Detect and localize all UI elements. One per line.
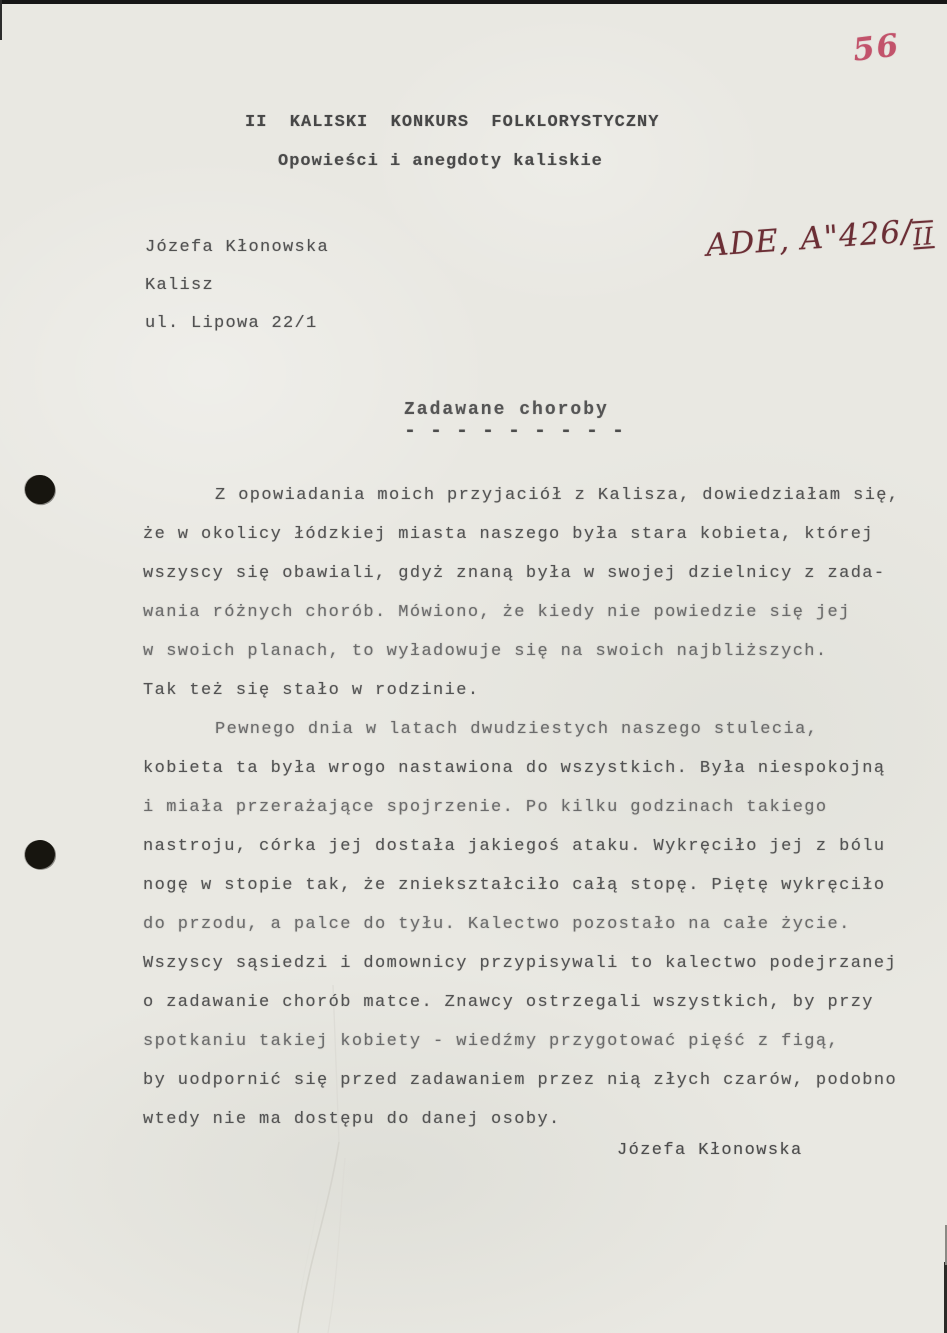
- story-body: Z opowiadania moich przyjaciół z Kalisza…: [143, 476, 933, 1139]
- author-address: ul. Lipowa 22/1: [145, 314, 318, 333]
- document-title: II KALISKI KONKURS FOLKLORYSTYCZNY: [245, 113, 659, 132]
- body-line: w swoich planach, to wyładowuje się na s…: [143, 632, 933, 671]
- body-line: Z opowiadania moich przyjaciół z Kalisza…: [143, 476, 933, 515]
- body-line: do przodu, a palce do tyłu. Kalectwo poz…: [143, 905, 933, 944]
- punch-hole-top: [23, 473, 57, 506]
- scan-edge-top: [0, 0, 947, 4]
- body-line: i miała przerażające spojrzenie. Po kilk…: [143, 788, 933, 827]
- body-line: kobieta ta była wrogo nastawiona do wszy…: [143, 749, 933, 788]
- body-line: wtedy nie ma dostępu do danej osoby.: [143, 1100, 933, 1139]
- body-line: wania różnych chorób. Mówiono, że kiedy …: [143, 593, 933, 632]
- document-subtitle: Opowieści i anegdoty kaliskie: [278, 152, 603, 171]
- story-title-underline: - - - - - - - - -: [404, 420, 625, 443]
- author-name: Józefa Kłonowska: [145, 238, 329, 257]
- archive-annotation-code: ADE, A"426/: [705, 214, 914, 264]
- archive-annotation-roman-numeral: II: [912, 222, 935, 251]
- archive-annotation: ADE, A"426/II: [705, 212, 935, 266]
- body-line: Tak też się stało w rodzinie.: [143, 671, 933, 710]
- scanned-document-page: 56 II KALISKI KONKURS FOLKLORYSTYCZNY Op…: [0, 0, 947, 1333]
- story-title: Zadawane choroby: [404, 400, 609, 420]
- punch-hole-bottom: [24, 839, 57, 871]
- body-line: spotkaniu takiej kobiety - wiedźmy przyg…: [143, 1022, 933, 1061]
- body-line: że w okolicy łódzkiej miasta naszego był…: [143, 515, 933, 554]
- body-line: Pewnego dnia w latach dwudziestych nasze…: [143, 710, 933, 749]
- signature: Józefa Kłonowska: [617, 1141, 803, 1160]
- handwritten-page-number: 56: [851, 27, 902, 68]
- body-line: wszyscy się obawiali, gdyż znaną była w …: [143, 554, 933, 593]
- body-line: nastroju, córka jej dostała jakiegoś ata…: [143, 827, 933, 866]
- body-line: o zadawanie chorób matce. Znawcy ostrzeg…: [143, 983, 933, 1022]
- scan-edge-left: [0, 0, 2, 40]
- body-line: nogę w stopie tak, że zniekształciło cał…: [143, 866, 933, 905]
- author-city: Kalisz: [145, 276, 214, 295]
- body-line: by uodpornić się przed zadawaniem przez …: [143, 1061, 933, 1100]
- body-line: Wszyscy sąsiedzi i domownicy przypisywal…: [143, 944, 933, 983]
